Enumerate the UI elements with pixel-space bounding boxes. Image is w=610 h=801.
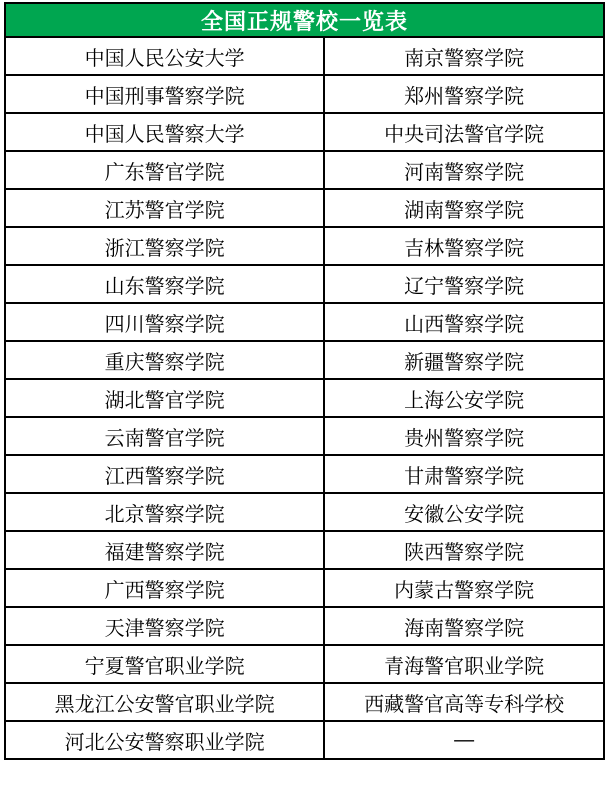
table-row: 福建警察学院陕西警察学院 xyxy=(5,531,604,569)
school-cell: 南京警察学院 xyxy=(324,37,604,75)
table-row: 四川警察学院山西警察学院 xyxy=(5,303,604,341)
school-cell: 河南警察学院 xyxy=(324,151,604,189)
school-cell: 福建警察学院 xyxy=(5,531,324,569)
police-schools-table: 全国正规警校一览表 中国人民公安大学南京警察学院中国刑事警察学院郑州警察学院中国… xyxy=(4,2,605,760)
table-row: 北京警察学院安徽公安学院 xyxy=(5,493,604,531)
school-cell: 青海警官职业学院 xyxy=(324,645,604,683)
school-cell: 黑龙江公安警官职业学院 xyxy=(5,683,324,721)
table-row: 天津警察学院海南警察学院 xyxy=(5,607,604,645)
school-cell: 甘肃警察学院 xyxy=(324,455,604,493)
school-cell: 浙江警察学院 xyxy=(5,227,324,265)
school-cell: 中国人民公安大学 xyxy=(5,37,324,75)
school-cell: 北京警察学院 xyxy=(5,493,324,531)
school-cell: 中国刑事警察学院 xyxy=(5,75,324,113)
school-cell: 江西警察学院 xyxy=(5,455,324,493)
table-row: 广西警察学院内蒙古警察学院 xyxy=(5,569,604,607)
school-cell: 中国人民警察大学 xyxy=(5,113,324,151)
table-row: 江苏警官学院湖南警察学院 xyxy=(5,189,604,227)
school-cell: — xyxy=(324,721,604,759)
table-row: 江西警察学院甘肃警察学院 xyxy=(5,455,604,493)
school-cell: 四川警察学院 xyxy=(5,303,324,341)
table-row: 云南警官学院贵州警察学院 xyxy=(5,417,604,455)
school-cell: 河北公安警察职业学院 xyxy=(5,721,324,759)
school-cell: 陕西警察学院 xyxy=(324,531,604,569)
school-cell: 广西警察学院 xyxy=(5,569,324,607)
school-cell: 天津警察学院 xyxy=(5,607,324,645)
table-row: 山东警察学院辽宁警察学院 xyxy=(5,265,604,303)
school-cell: 贵州警察学院 xyxy=(324,417,604,455)
table-body: 中国人民公安大学南京警察学院中国刑事警察学院郑州警察学院中国人民警察大学中央司法… xyxy=(5,37,604,759)
school-cell: 江苏警官学院 xyxy=(5,189,324,227)
table-row: 黑龙江公安警官职业学院西藏警官高等专科学校 xyxy=(5,683,604,721)
school-cell: 内蒙古警察学院 xyxy=(324,569,604,607)
school-cell: 云南警官学院 xyxy=(5,417,324,455)
table-row: 湖北警官学院上海公安学院 xyxy=(5,379,604,417)
school-cell: 海南警察学院 xyxy=(324,607,604,645)
school-cell: 山东警察学院 xyxy=(5,265,324,303)
table-row: 中国人民警察大学中央司法警官学院 xyxy=(5,113,604,151)
school-cell: 重庆警察学院 xyxy=(5,341,324,379)
school-cell: 宁夏警官职业学院 xyxy=(5,645,324,683)
school-cell: 吉林警察学院 xyxy=(324,227,604,265)
school-cell: 湖南警察学院 xyxy=(324,189,604,227)
school-cell: 湖北警官学院 xyxy=(5,379,324,417)
school-cell: 山西警察学院 xyxy=(324,303,604,341)
table-row: 浙江警察学院吉林警察学院 xyxy=(5,227,604,265)
school-cell: 西藏警官高等专科学校 xyxy=(324,683,604,721)
table-header-row: 全国正规警校一览表 xyxy=(5,3,604,37)
school-cell: 安徽公安学院 xyxy=(324,493,604,531)
school-cell: 广东警官学院 xyxy=(5,151,324,189)
table-row: 宁夏警官职业学院青海警官职业学院 xyxy=(5,645,604,683)
table-title: 全国正规警校一览表 xyxy=(5,3,604,37)
school-cell: 新疆警察学院 xyxy=(324,341,604,379)
school-cell: 上海公安学院 xyxy=(324,379,604,417)
school-cell: 郑州警察学院 xyxy=(324,75,604,113)
schools-table: 全国正规警校一览表 中国人民公安大学南京警察学院中国刑事警察学院郑州警察学院中国… xyxy=(4,2,605,760)
table-row: 广东警官学院河南警察学院 xyxy=(5,151,604,189)
school-cell: 中央司法警官学院 xyxy=(324,113,604,151)
school-cell: 辽宁警察学院 xyxy=(324,265,604,303)
table-row: 中国人民公安大学南京警察学院 xyxy=(5,37,604,75)
table-row: 中国刑事警察学院郑州警察学院 xyxy=(5,75,604,113)
table-row: 重庆警察学院新疆警察学院 xyxy=(5,341,604,379)
table-row: 河北公安警察职业学院— xyxy=(5,721,604,759)
